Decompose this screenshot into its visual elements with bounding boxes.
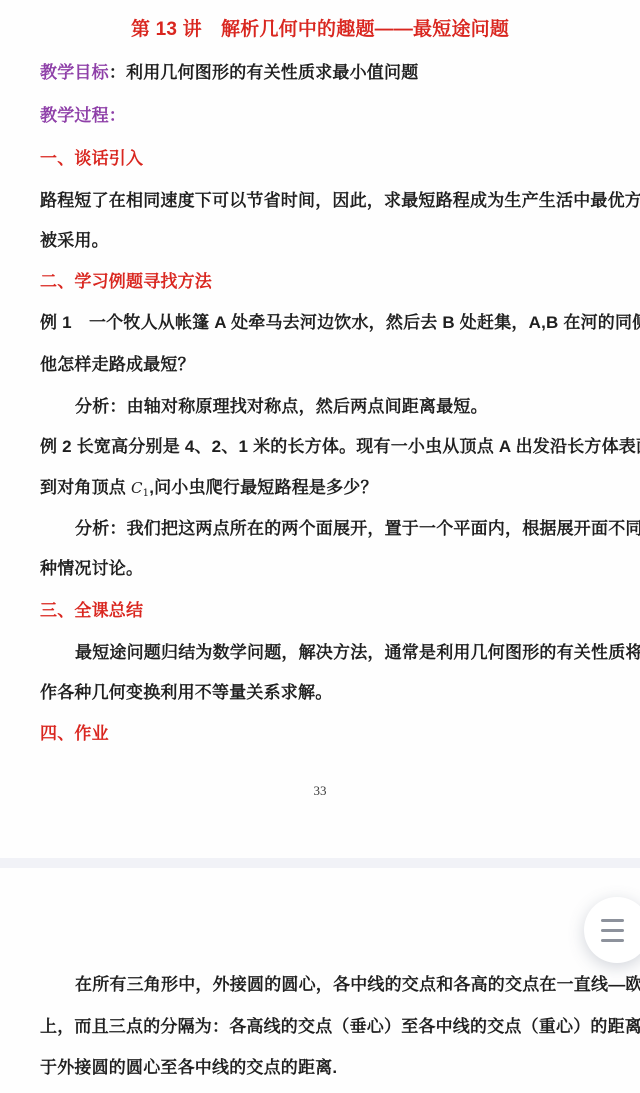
- example-2-line-2-pre: 到对角顶点: [40, 478, 131, 497]
- euler-line-paragraph-line-2: 上，而且三点的分隔为：各高线的交点（垂心）至各中线的交点（重心）的距离两倍: [40, 1016, 604, 1038]
- example-1-line-2: 他怎样走路成最短？: [40, 354, 604, 376]
- hamburger-menu-icon: [601, 915, 624, 945]
- page-separator: [0, 858, 640, 868]
- lesson-title: 第 13 讲 解析几何中的趣题——最短途问题: [0, 19, 640, 41]
- intro-paragraph-line-2: 被采用。: [40, 230, 604, 252]
- section-1-heading: 一、谈话引入: [40, 148, 604, 170]
- summary-line-1: 最短途问题归结为数学问题，解决方法，通常是利用几何图形的有关性质将图形: [75, 642, 639, 664]
- hamburger-bar-top: [601, 919, 624, 922]
- document-page-2: 在所有三角形中，外接圆的圆心，各中线的交点和各高的交点在一直线—欧拉线 上，而且…: [0, 868, 640, 1093]
- math-variable-c: C: [131, 479, 143, 497]
- page-number: 33: [0, 780, 640, 802]
- hamburger-bar-middle: [601, 929, 624, 932]
- section-3-heading: 三、全课总结: [40, 600, 604, 622]
- teaching-goal-label: 教学目标: [40, 63, 109, 82]
- teaching-goal-text: ：利用几何图形的有关性质求最小值问题: [109, 63, 419, 82]
- summary-line-2: 作各种几何变换利用不等量关系求解。: [40, 682, 604, 704]
- teaching-goal-line: 教学目标：利用几何图形的有关性质求最小值问题: [40, 62, 604, 84]
- section-4-heading: 四、作业: [40, 723, 604, 745]
- hamburger-bar-bottom: [601, 939, 624, 942]
- document-page-1: 第 13 讲 解析几何中的趣题——最短途问题 教学目标：利用几何图形的有关性质求…: [0, 0, 640, 858]
- example-2-line-2-post: ,问小虫爬行最短路程是多少？: [149, 478, 378, 497]
- example-1-line-1: 例 1 一个牧人从帐篷 A 处牵马去河边饮水，然后去 B 处赶集，A,B 在河的…: [40, 312, 604, 334]
- intro-paragraph-line-1: 路程短了在相同速度下可以节省时间，因此，求最短路程成为生产生活中最优方案而: [40, 190, 604, 212]
- example-2-analysis-line-2: 种情况讨论。: [40, 558, 604, 580]
- section-2-heading: 二、学习例题寻找方法: [40, 271, 604, 293]
- euler-line-paragraph-line-3: 于外接圆的圆心至各中线的交点的距离.: [40, 1057, 604, 1079]
- example-2-line-1: 例 2 长宽高分别是 4、2、1 米的长方体。现有一小虫从顶点 A 出发沿长方体…: [40, 436, 604, 458]
- example-2-line-2: 到对角顶点 C1,问小虫爬行最短路程是多少？: [40, 477, 604, 505]
- example-2-analysis-line-1: 分析：我们把这两点所在的两个面展开，置于一个平面内，根据展开面不同分三: [75, 518, 639, 540]
- euler-line-paragraph-line-1: 在所有三角形中，外接圆的圆心，各中线的交点和各高的交点在一直线—欧拉线: [75, 974, 639, 996]
- example-1-analysis: 分析：由轴对称原理找对称点，然后两点间距离最短。: [75, 396, 639, 418]
- document-viewer: 第 13 讲 解析几何中的趣题——最短途问题 教学目标：利用几何图形的有关性质求…: [0, 0, 640, 1093]
- teaching-process-label: 教学过程：: [40, 105, 604, 127]
